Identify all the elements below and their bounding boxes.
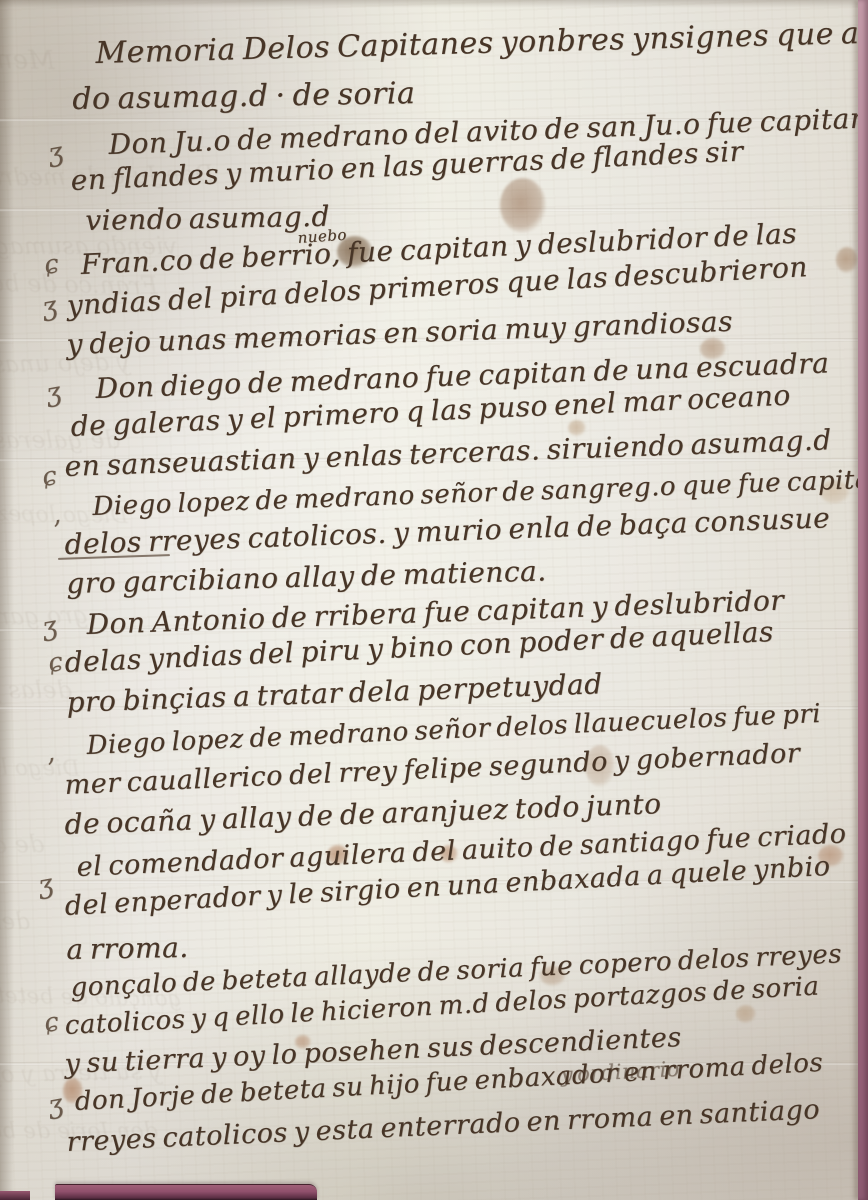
margin-flourish-mark: , — [43, 738, 56, 769]
stain-blot — [736, 1005, 756, 1023]
table-surface-bottom-band — [55, 1184, 317, 1200]
verso-ghost-line: delas yndias del piru y bino con poder d… — [0, 676, 72, 704]
margin-flourish-mark: , — [49, 500, 62, 531]
margin-flourish-mark: ɕ — [42, 1007, 62, 1039]
margin-flourish-mark: ʒ — [44, 377, 64, 409]
manuscript-photo: Memoria Delos Capitanes yonbres ynsignes… — [0, 0, 868, 1200]
paper-left-shadow — [0, 0, 14, 1200]
margin-flourish-mark: ʒ — [40, 611, 60, 643]
manuscript-line: a rroma. — [66, 931, 189, 966]
margin-flourish-mark: ʒ — [46, 137, 66, 169]
table-surface-right-edge — [858, 0, 868, 1200]
manuscript-line: do asumag.d · de soria — [72, 76, 416, 117]
verso-ghost-line: de ocaña y allay de de aranjuez todo jun… — [0, 830, 44, 867]
paper-top-shadow — [0, 0, 868, 8]
verso-ghost-line: del enperador y le sirgio en una enbaxad… — [0, 909, 30, 935]
stain-blot — [500, 178, 546, 233]
margin-flourish-mark: ʒ — [46, 1089, 66, 1121]
manuscript-line: viendo asumag.d — [85, 200, 330, 237]
verso-ghost-line: Memoria Delos Capitanes yonbres ynsignes… — [0, 33, 55, 76]
margin-flourish-mark: ʒ — [36, 869, 56, 901]
margin-flourish-mark: ɕ — [40, 461, 60, 493]
margin-flourish-mark: ʒ — [40, 291, 60, 323]
manuscript-line: Memoria Delos Capitanes yonbres ynsignes… — [95, 13, 868, 71]
margin-flourish-mark: ɕ — [46, 647, 66, 679]
stain-blot — [836, 247, 858, 273]
manuscript-line: gro garcibiano allay de matienca. — [66, 554, 547, 600]
table-surface-bottom-sliver — [0, 1191, 30, 1200]
margin-flourish-mark: ɕ — [42, 249, 62, 281]
